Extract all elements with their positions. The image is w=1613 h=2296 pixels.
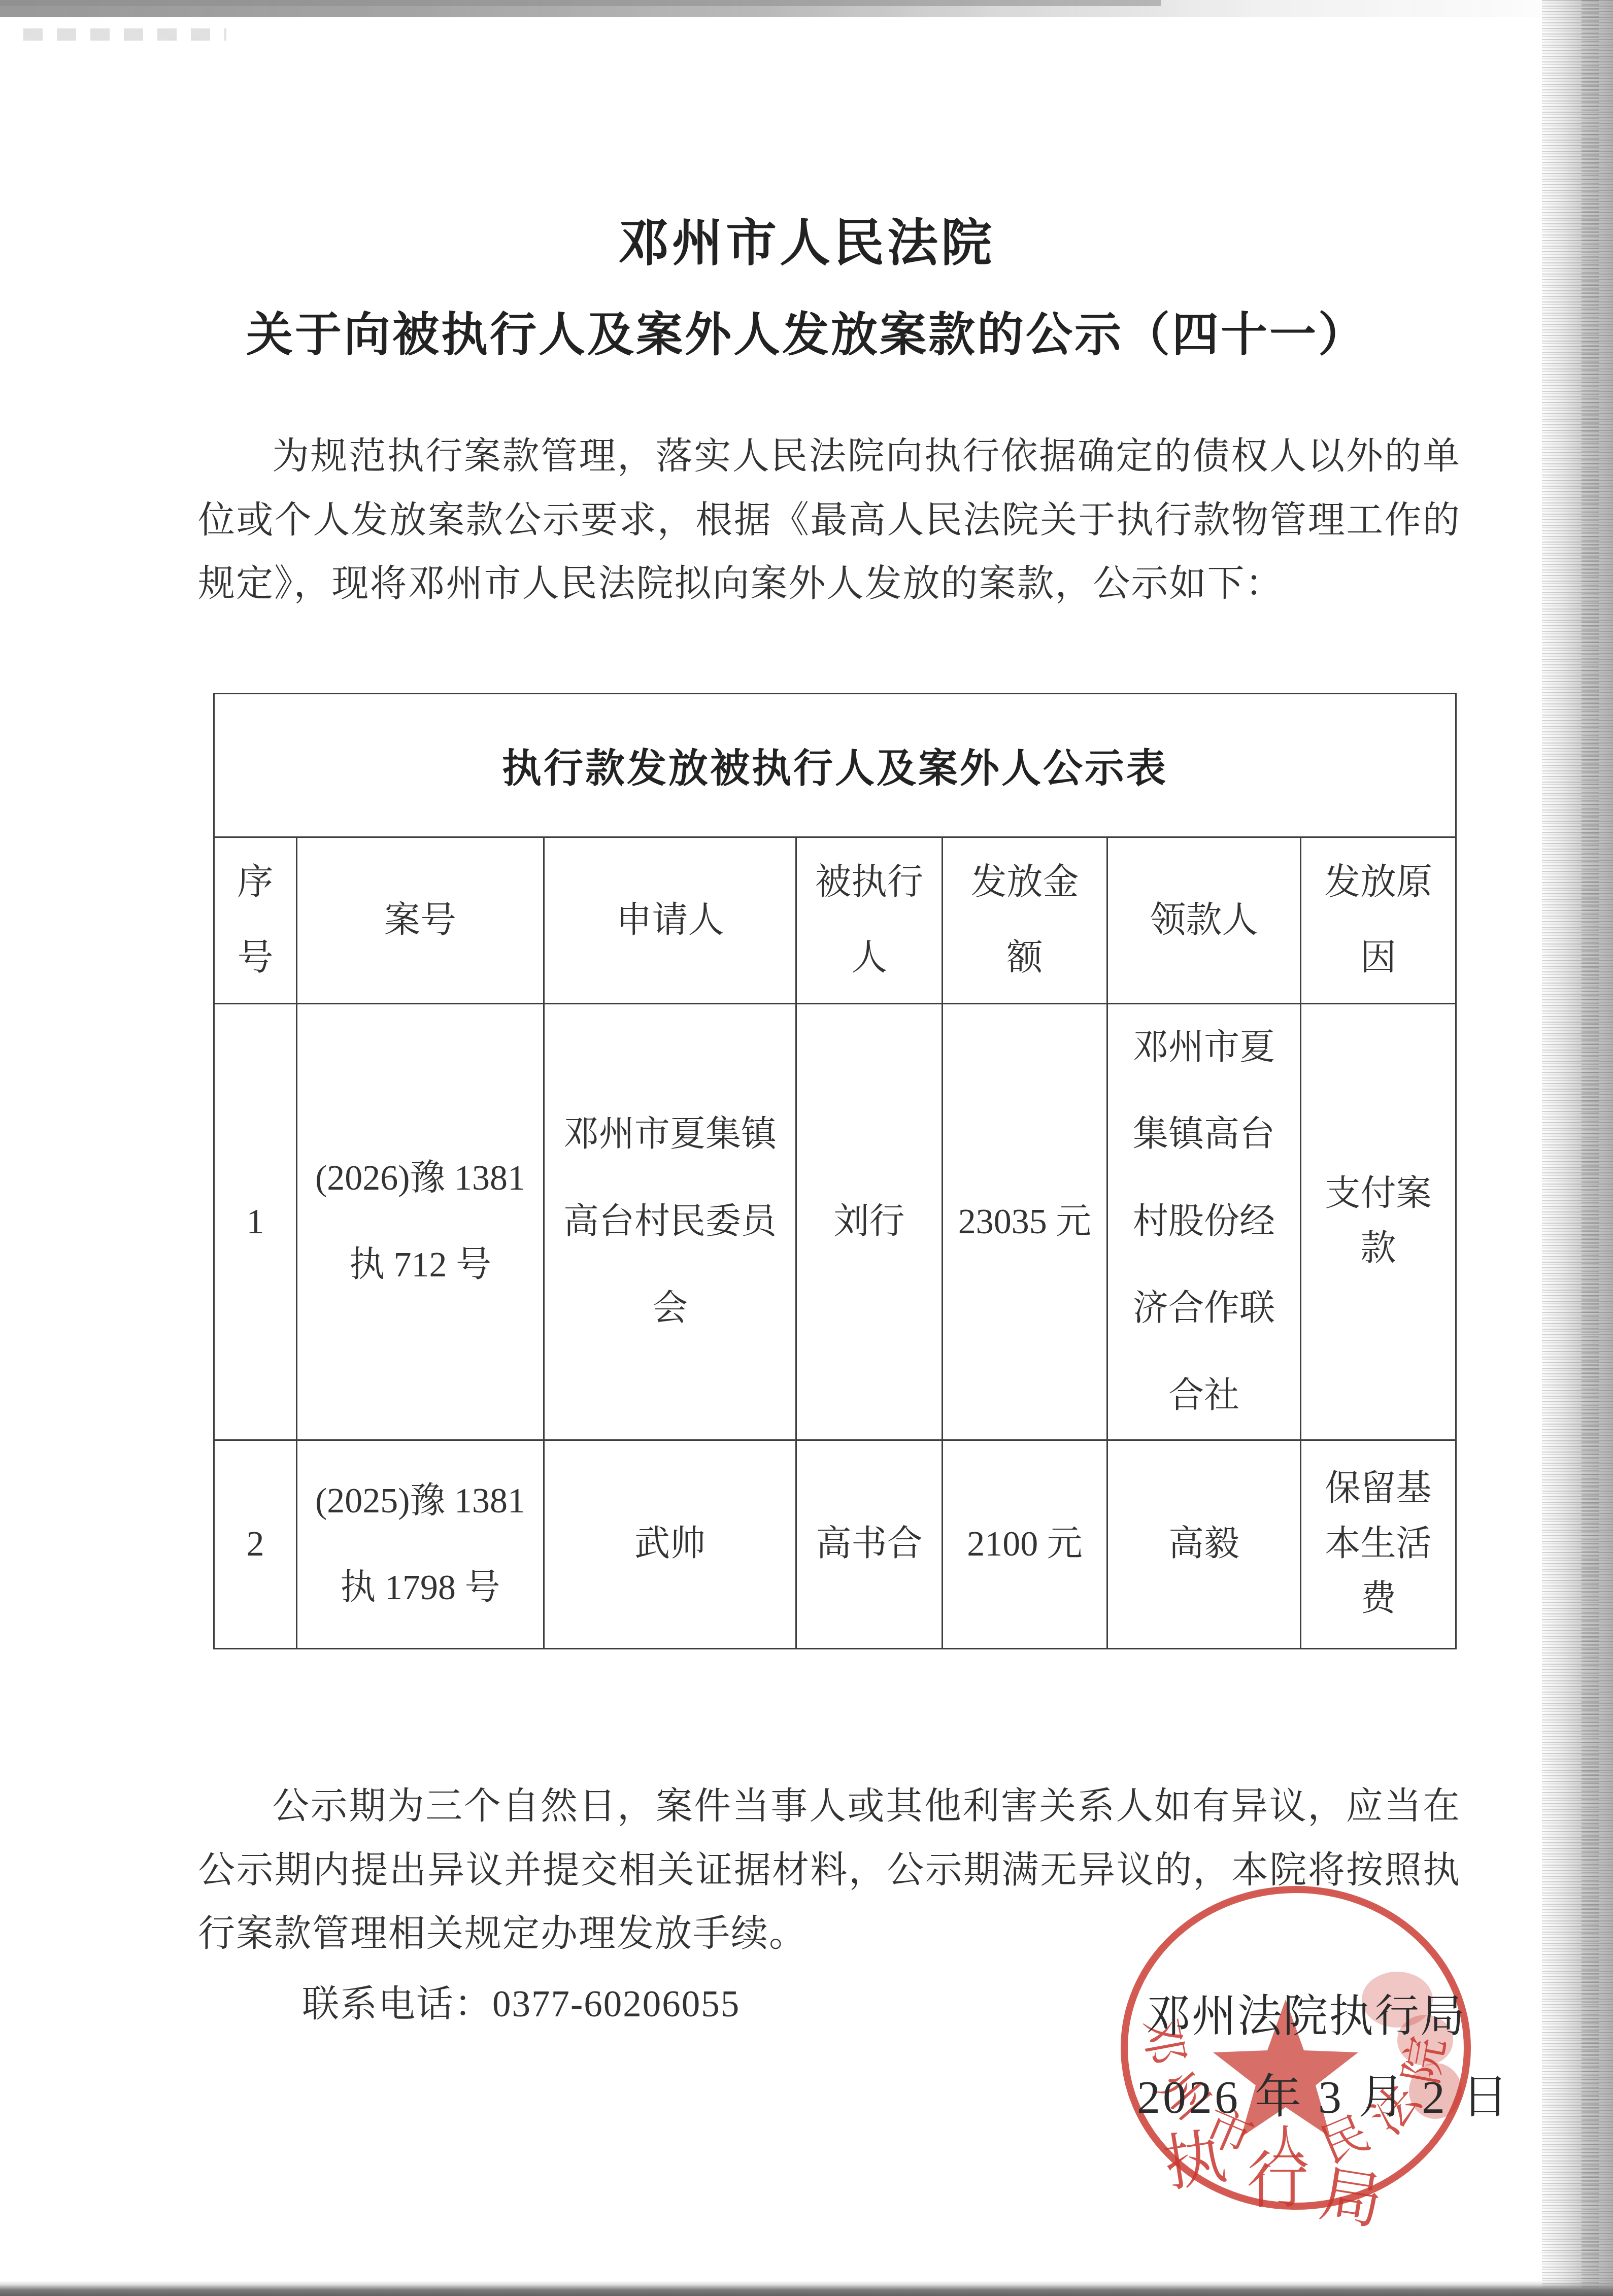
table-cell: 邓州市夏集镇高台村股份经济合作联合社 xyxy=(1107,1003,1301,1440)
table-cell: 高毅 xyxy=(1107,1440,1301,1649)
table-row: 1(2026)豫 1381 执 712 号邓州市夏集镇高台村民委员会刘行2303… xyxy=(214,1003,1456,1440)
table-cell: 支付案款 xyxy=(1301,1003,1456,1440)
table-cell: 2100 元 xyxy=(943,1440,1107,1649)
header-cell: 被执行 人 xyxy=(796,837,943,1003)
scan-artifact-bottom-band xyxy=(0,2281,1613,2296)
header-cell: 申请人 xyxy=(544,837,796,1003)
stamp-date: 2026 年 3 月 2 日 xyxy=(1137,2059,1511,2126)
table-body: 1(2026)豫 1381 执 712 号邓州市夏集镇高台村民委员会刘行2303… xyxy=(214,1003,1456,1649)
table-cell: (2026)豫 1381 执 712 号 xyxy=(297,1003,544,1440)
intro-paragraph: 为规范执行案款管理，落实人民法院向执行依据确定的债权人以外的单位或个人发放案款公… xyxy=(198,424,1461,616)
scan-artifact-top-band xyxy=(0,0,1613,17)
court-name-title: 邓州市人民法院 xyxy=(0,0,1613,275)
scan-artifact-right-band xyxy=(1542,0,1613,2296)
table-cell: 武帅 xyxy=(544,1440,796,1649)
header-cell: 案号 xyxy=(297,837,544,1003)
notice-table: 执行款发放被执行人及案外人公示表 序 号案号申请人被执行 人发放金 额领款人发放… xyxy=(213,693,1457,1650)
notice-subtitle: 关于向被执行人及案外人发放案款的公示（四十一） xyxy=(0,297,1613,364)
seal-char-xing: 行 xyxy=(1247,2147,1308,2215)
table-title-row: 执行款发放被执行人及案外人公示表 xyxy=(214,693,1456,837)
scanned-court-notice-page: 邓州市人民法院 关于向被执行人及案外人发放案款的公示（四十一） 为规范执行案款管… xyxy=(0,0,1613,2296)
table-cell: 邓州市夏集镇高台村民委员会 xyxy=(544,1003,796,1440)
table-cell: 2 xyxy=(214,1440,297,1649)
seal-graphic: 邓州市人民法院 执 行 局 xyxy=(1100,1873,1486,2233)
table-cell: (2025)豫 1381 执 1798 号 xyxy=(297,1440,544,1649)
table-cell: 保留基本生活费 xyxy=(1301,1440,1456,1649)
table-cell: 高书合 xyxy=(796,1440,943,1649)
table-cell: 23035 元 xyxy=(943,1003,1107,1440)
scan-artifact-top-dashes xyxy=(23,28,226,41)
header-cell: 发放原因 xyxy=(1301,837,1456,1003)
table-cell: 1 xyxy=(214,1003,297,1440)
table-wrapper: 执行款发放被执行人及案外人公示表 序 号案号申请人被执行 人发放金 额领款人发放… xyxy=(213,693,1613,1650)
official-seal: 邓州市人民法院 执 行 局 xyxy=(1100,1873,1486,2233)
header-cell: 发放金 额 xyxy=(943,837,1107,1003)
table-header-row: 序 号案号申请人被执行 人发放金 额领款人发放原因 xyxy=(214,837,1456,1003)
header-cell: 领款人 xyxy=(1107,837,1301,1003)
stamp-unit-name: 邓州法院执行局 xyxy=(1146,1980,1466,2044)
seal-char-ju: 局 xyxy=(1315,2160,1387,2233)
header-cell: 序 号 xyxy=(214,837,297,1003)
seal-char-zhi: 执 xyxy=(1159,2122,1231,2200)
table-title: 执行款发放被执行人及案外人公示表 xyxy=(214,693,1456,837)
table-cell: 刘行 xyxy=(796,1003,943,1440)
table-row: 2(2025)豫 1381 执 1798 号武帅高书合2100 元高毅保留基本生… xyxy=(214,1440,1456,1649)
